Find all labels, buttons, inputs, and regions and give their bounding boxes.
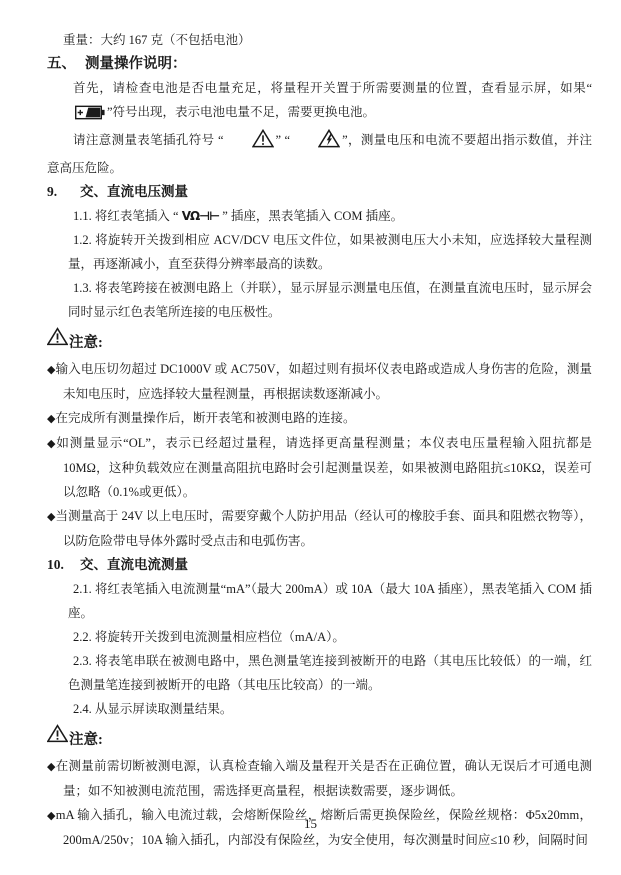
item-2-3: 2.3. 将表笔串联在被测电路中，黑色测量笔连接到被断开的电路（其电压比较低）的… [47,649,592,697]
intro-paragraph-battery: 首先，请检查电池是否电量充足，将量程开关置于所需要测量的位置，查看显示屏，如果“… [47,76,592,128]
bullet-voltage-3: ◆如测量显示“OL”，表示已经超过量程，请选择更高量程测量；本仪表电压量程输入阻… [47,431,592,504]
item-2-1: 2.1. 将红表笔插入电流测量“mA”（最大 200mA）或 10A（最大 10… [47,577,592,625]
warning-triangle-icon [47,327,68,354]
item-2-2: 2.2. 将旋转开关拨到电流测量相应档位（mA/A）。 [47,625,592,649]
item-2-4: 2.4. 从显示屏读取测量结果。 [47,697,592,721]
section-10-title: 交、直流电流测量 [80,553,188,577]
weight-line: 重量：大约 167 克（不包括电池） [47,28,592,52]
section-5-title: 测量操作说明： [85,52,187,76]
bullet-voltage-4: ◆当测量高于 24V 以上电压时，需要穿戴个人防护用品（经认可的橡胶手套、面具和… [47,504,592,553]
notice-heading-current: 注意: [47,723,592,751]
intro-paragraph-warnings: 请注意测量表笔插孔符号 “” “”，测量电压和电流不要超出指示数值，并注意高压危… [47,128,592,180]
item-1-3: 1.3. 将表笔跨接在被测电路上（并联），显示屏显示测量电压值，在测量直流电压时… [47,276,592,324]
page-content: 重量：大约 167 克（不包括电池） 五、 测量操作说明： 首先，请检查电池是否… [47,28,592,852]
manual-page: 重量：大约 167 克（不包括电池） 五、 测量操作说明： 首先，请检查电池是否… [0,0,621,875]
item-1-1: 1.1. 将红表笔插入 “ VΩ⊣⊢ ” 插座，黑表笔插入 COM 插座。 [47,204,592,228]
section-9-number: 9. [47,180,80,204]
section-5-number: 五、 [47,52,85,76]
diamond-bullet-icon: ◆ [47,761,56,773]
diamond-bullet-icon: ◆ [47,438,56,450]
volt-ohm-diode-jack-symbol: VΩ⊣⊢ [182,209,219,223]
high-voltage-triangle-icon [292,129,340,156]
notice-label: 注意: [69,332,103,354]
notice-heading-voltage: 注意: [47,326,592,354]
item-1-2: 1.2. 将旋转开关拨到相应 ACV/DCV 电压文件位，如果被测电压大小未知，… [47,228,592,276]
diamond-bullet-icon: ◆ [47,364,56,376]
section-5-heading: 五、 测量操作说明： [47,52,592,76]
section-9-title: 交、直流电压测量 [80,180,188,204]
battery-low-icon [49,104,105,128]
bullet-current-1: ◆在测量前需切断被测电源，认真检查输入端及量程开关是否在正确位置，确认无误后才可… [47,754,592,803]
section-9-heading: 9. 交、直流电压测量 [47,180,592,204]
warning-triangle-icon [47,724,68,751]
bullet-voltage-1: ◆输入电压切勿超过 DC1000V 或 AC750V，如超过则有损坏仪表电路或造… [47,357,592,406]
notice-label: 注意: [69,729,103,751]
section-10-heading: 10. 交、直流电流测量 [47,553,592,577]
diamond-bullet-icon: ◆ [47,511,56,523]
section-10-number: 10. [47,553,80,577]
page-number: 15 [0,812,621,836]
caution-triangle-icon [226,129,274,156]
bullet-voltage-2: ◆在完成所有测量操作后，断开表笔和被测电路的连接。 [47,406,592,431]
